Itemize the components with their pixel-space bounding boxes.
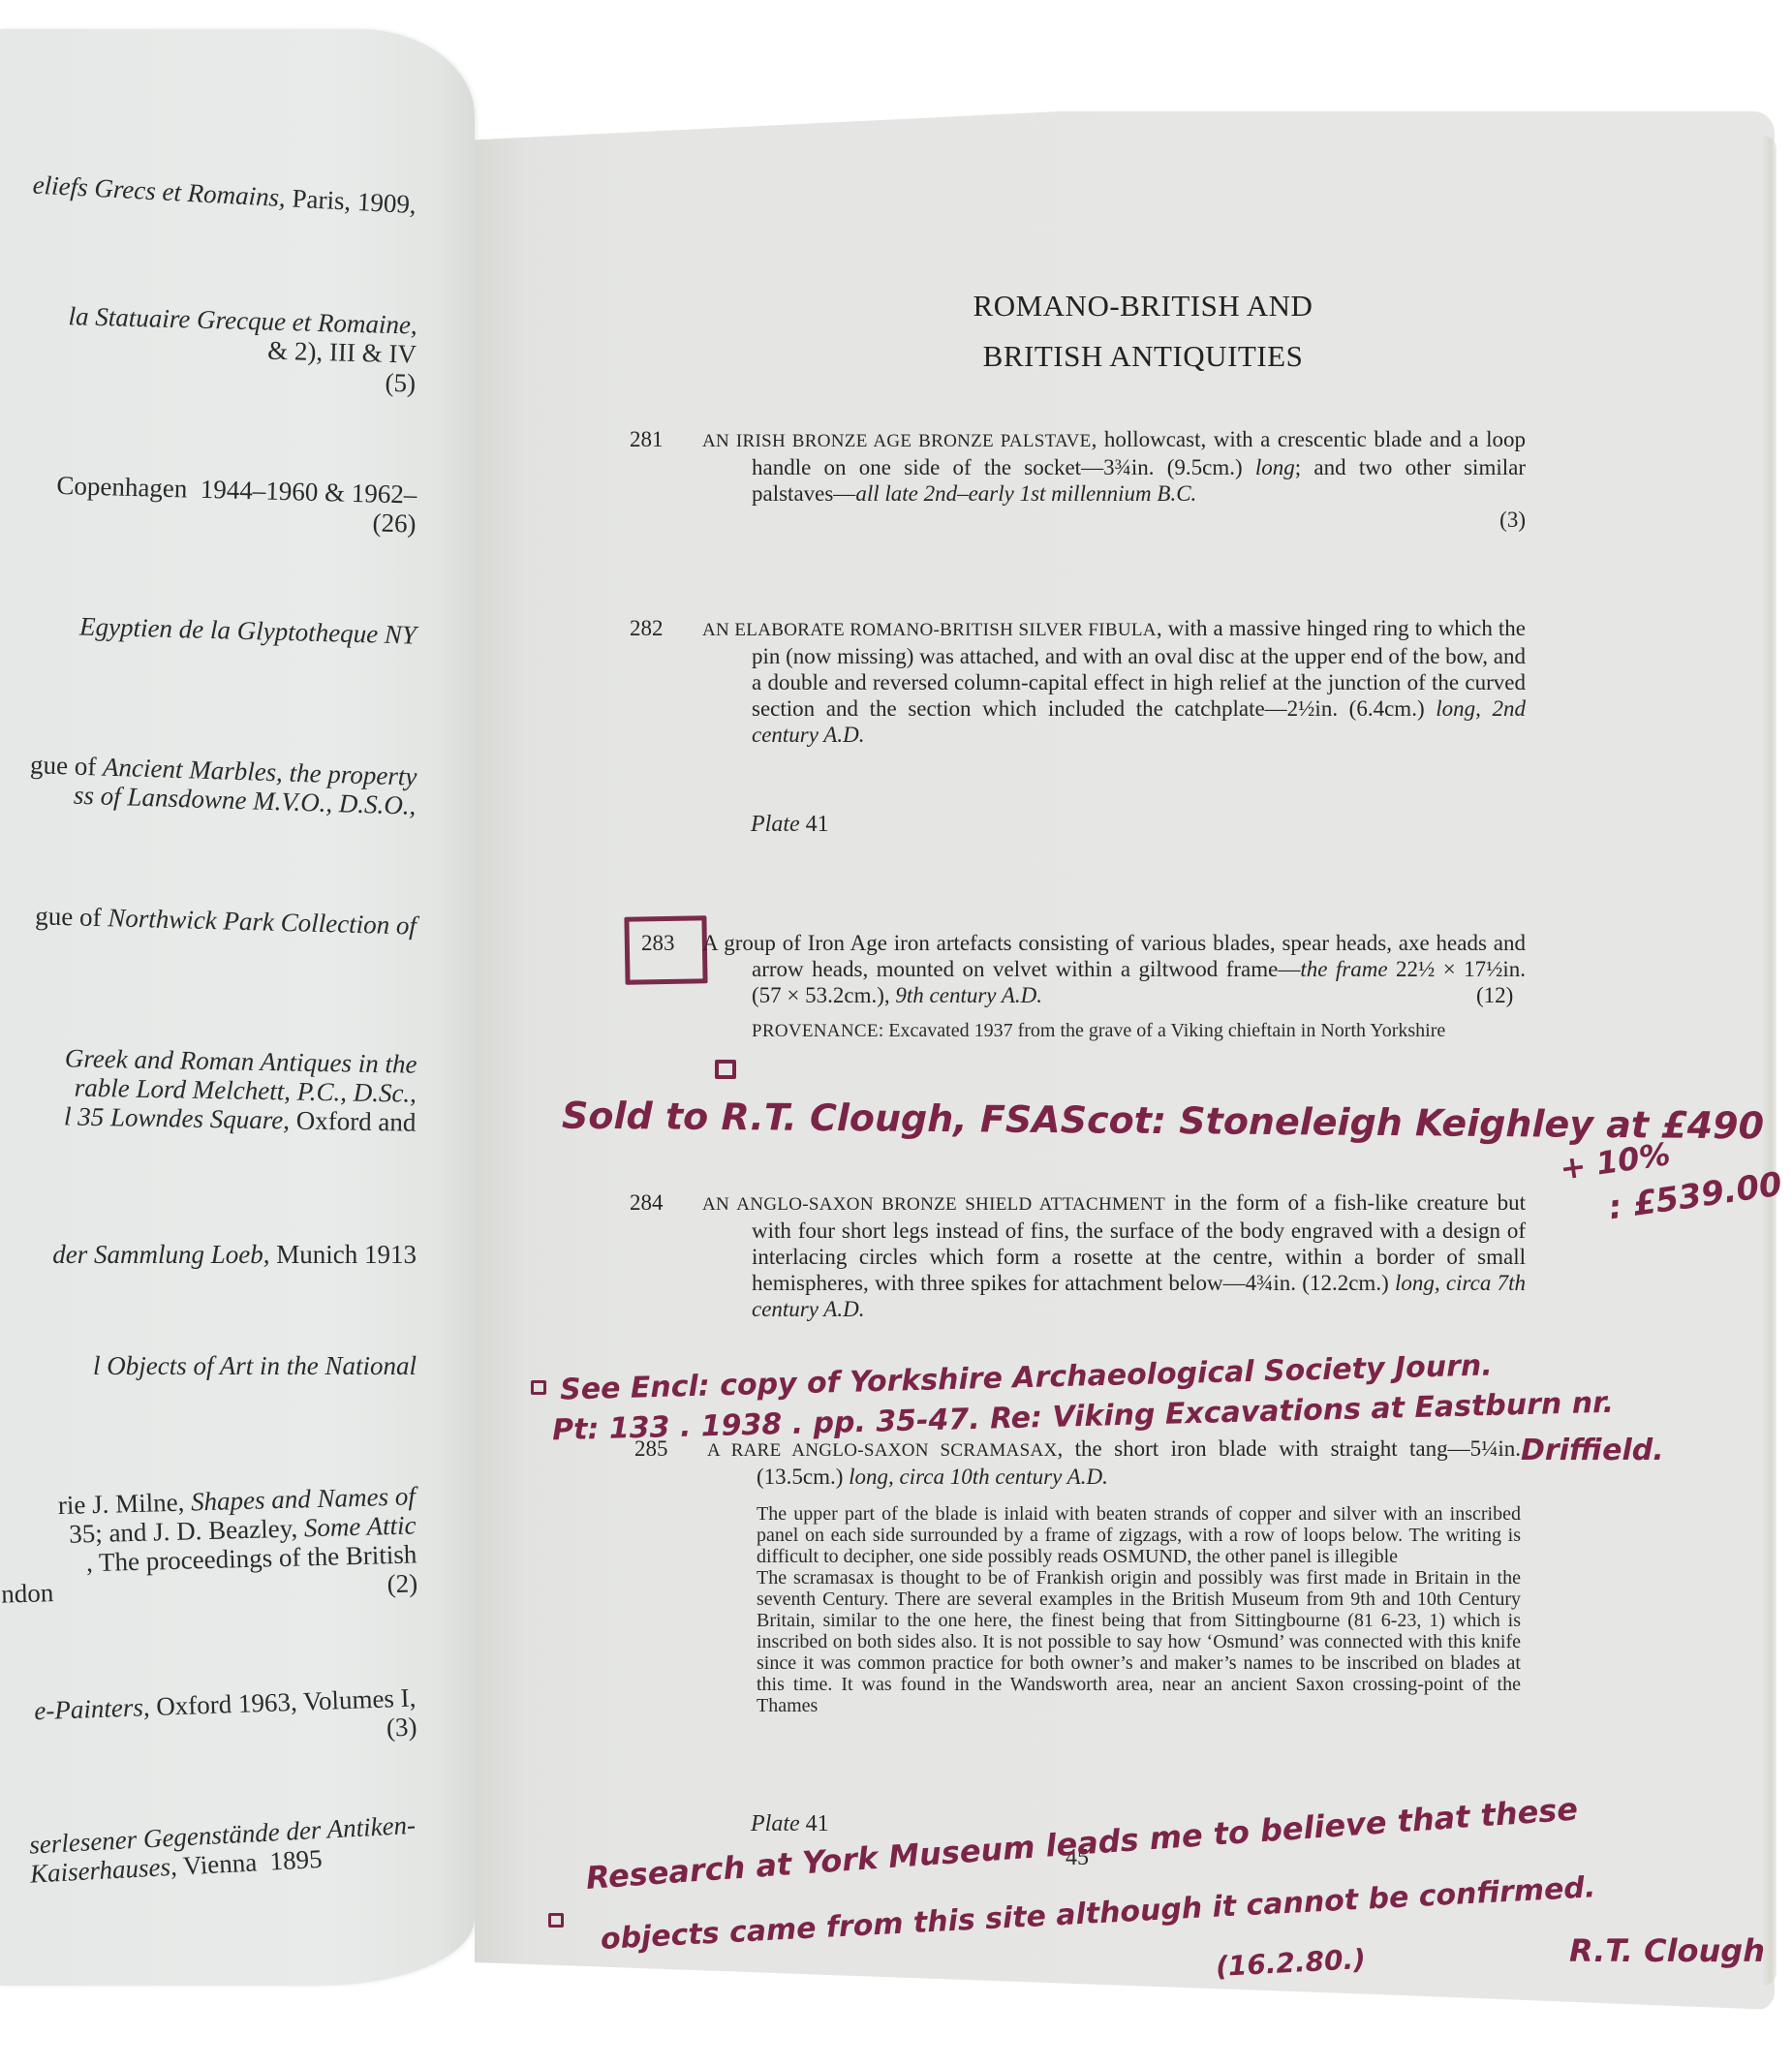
section-heading-line1: ROMANO-BRITISH AND <box>804 289 1482 324</box>
handwritten-checkbox-icon <box>548 1913 564 1928</box>
bibliography-entry: e-Painters, Oxford 1963, Volumes I,(3) <box>0 1683 417 1756</box>
left-page: eliefs Grecs et Romains, Paris, 1909, la… <box>0 29 475 1986</box>
lot-number: 285 <box>634 1435 693 1462</box>
section-heading-line2: BRITISH ANTIQUITIES <box>804 339 1482 374</box>
lot-284: 284 AN ANGLO-SAXON BRONZE SHIELD ATTACHM… <box>630 1189 1526 1322</box>
lot-285: 285 A RARE ANGLO-SAXON SCRAMASAX, the sh… <box>634 1435 1521 1716</box>
bibliography-entry: eliefs Grecs et Romains, Paris, 1909, <box>0 169 417 219</box>
lot-282: 282 AN ELABORATE ROMANO-BRITISH SILVER F… <box>630 615 1526 748</box>
provenance: PROVENANCE: Excavated 1937 from the grav… <box>752 1020 1526 1042</box>
lot-number: 283 <box>641 930 699 956</box>
bibliography-entry: gue of Ancient Marbles, the propertyss o… <box>0 749 417 819</box>
handwritten-checkbox-icon <box>531 1380 546 1395</box>
lot-title: AN ELABORATE ROMANO-BRITISH SILVER FIBUL… <box>702 620 1157 640</box>
handwritten-signature: R.T. Clough <box>1569 1932 1765 1969</box>
lot-number: 281 <box>630 426 688 452</box>
bibliography-entry: rie J. Milne, Shapes and Names of35; and… <box>0 1481 417 1608</box>
lot-title: A RARE ANGLO-SAXON SCRAMASAX <box>707 1440 1057 1461</box>
lot-number: 282 <box>630 615 688 641</box>
bibliography-entry: serlesener Gegenstände der Antiken-Kaise… <box>0 1810 417 1890</box>
bibliography-entry: Copenhagen 1944–1960 & 1962–(26) <box>0 469 417 538</box>
lot-281: 281 AN IRISH BRONZE AGE BRONZE PALSTAVE,… <box>630 426 1526 533</box>
plate-reference: Plate 41 <box>751 1811 829 1837</box>
lot-title: AN ANGLO-SAXON BRONZE SHIELD ATTACHMENT <box>702 1194 1165 1215</box>
bibliography-entry: l Objects of Art in the National <box>0 1351 417 1380</box>
lot-description-note: The upper part of the blade is inlaid wi… <box>757 1503 1521 1567</box>
bibliography-entry: Egyptien de la Glyptotheque NY <box>0 609 417 649</box>
plate-reference: Plate 41 <box>751 812 829 838</box>
page-edge <box>1763 136 1777 1986</box>
handwritten-see-encl-line3: Driffield. <box>1521 1434 1664 1467</box>
bibliography-entry: der Sammlung Loeb, Munich 1913 <box>0 1240 417 1269</box>
lot-number: 284 <box>630 1189 688 1216</box>
lot-description-note: The scramasax is thought to be of Franki… <box>757 1567 1521 1716</box>
bibliography-entry: la Statuaire Grecque et Romaine,& 2), II… <box>0 299 417 397</box>
bibliography-entry: Greek and Roman Antiques in therable Lor… <box>0 1042 417 1136</box>
lot-title: AN IRISH BRONZE AGE BRONZE PALSTAVE <box>702 431 1092 451</box>
lot-count: (3) <box>752 507 1526 533</box>
right-page <box>475 111 1775 2010</box>
bibliography-entry: gue of Northwick Park Collection of <box>0 900 417 940</box>
lot-283: 283 A group of Iron Age iron artefacts c… <box>630 930 1526 1042</box>
handwritten-checkbox-icon <box>715 1060 736 1079</box>
